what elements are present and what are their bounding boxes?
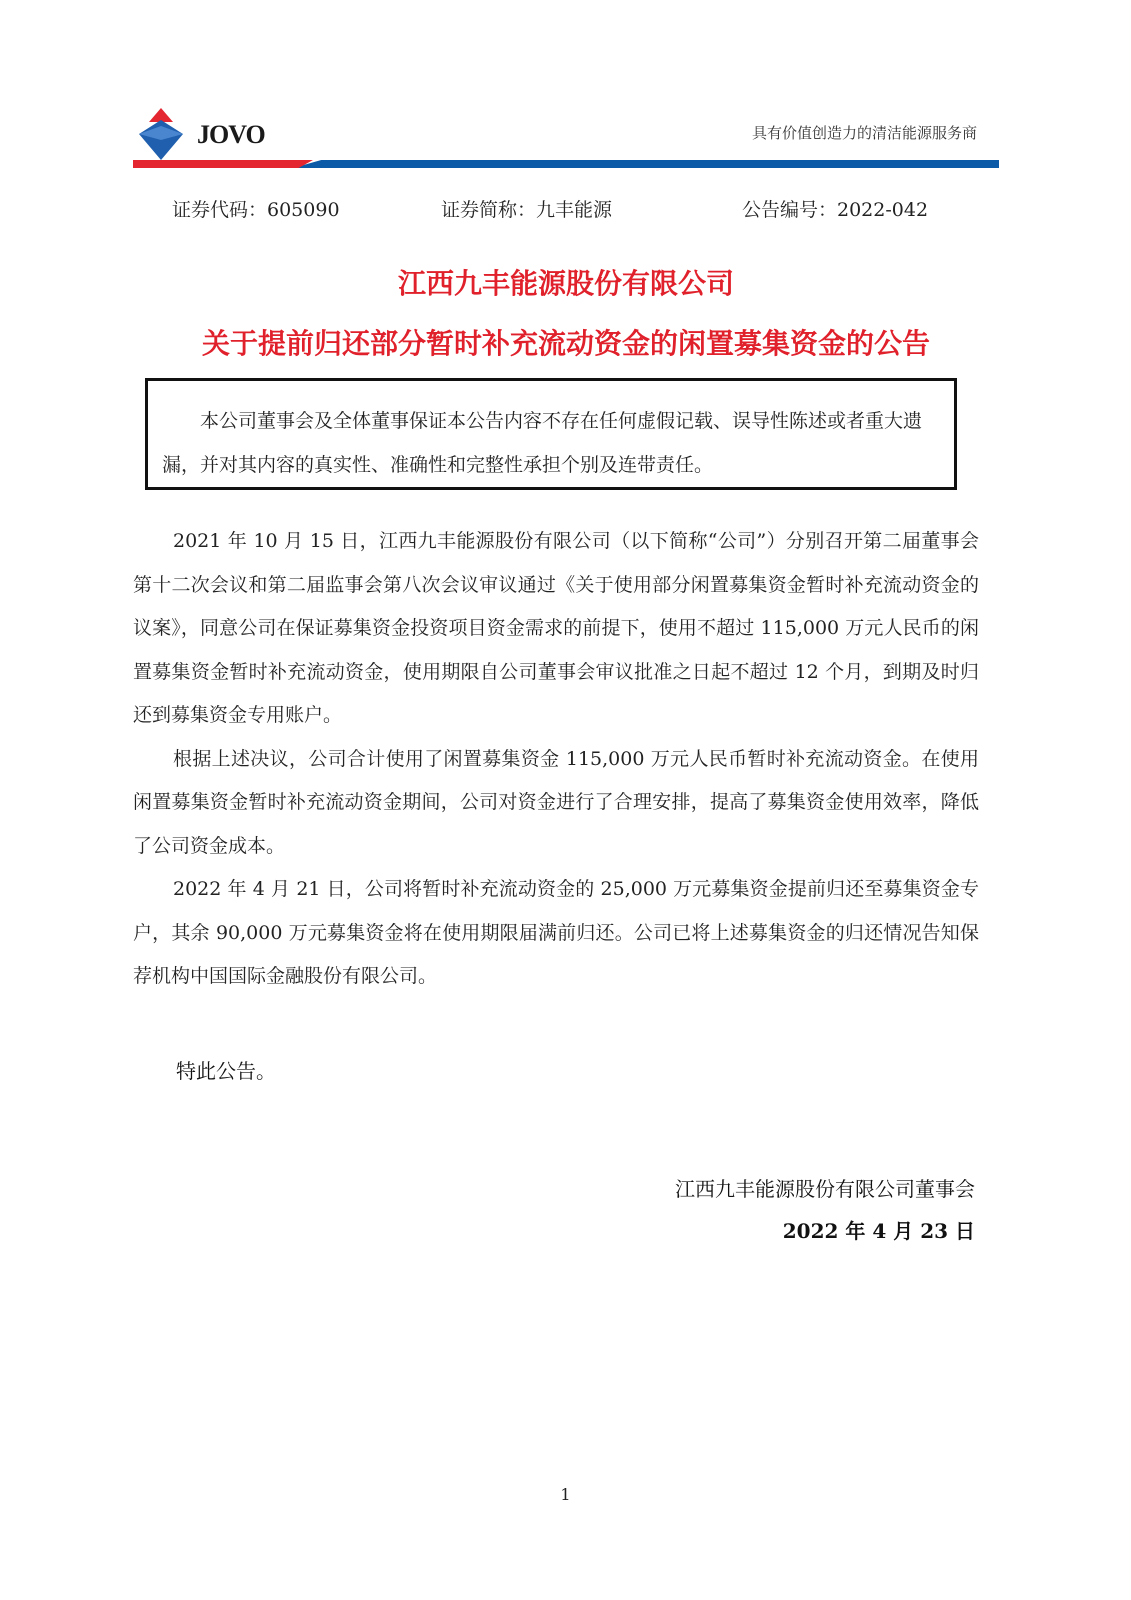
body-paragraph: 2021 年 10 月 15 日，江西九丰能源股份有限公司（以下简称“公司”）分… xyxy=(133,520,979,738)
stock-abbreviation: 证券简称：九丰能源 xyxy=(441,195,612,222)
logo-text: JOVO xyxy=(197,120,265,150)
header-bar-red xyxy=(133,160,313,168)
announcement-title: 关于提前归还部分暂时补充流动资金的闲置募集资金的公告 xyxy=(133,322,999,362)
company-name-title: 江西九丰能源股份有限公司 xyxy=(133,262,999,302)
announcement-number: 公告编号：2022-042 xyxy=(742,195,928,222)
announcement-meta: 证券代码：605090 证券简称：九丰能源 公告编号：2022-042 xyxy=(172,195,952,221)
closing-statement: 特此公告。 xyxy=(176,1055,276,1084)
letterhead: JOVO 具有价值创造力的清洁能源服务商 xyxy=(133,100,999,168)
company-slogan: 具有价值创造力的清洁能源服务商 xyxy=(752,122,977,143)
body-paragraph: 2022 年 4 月 21 日，公司将暂时补充流动资金的 25,000 万元募集… xyxy=(133,868,979,999)
board-guarantee-notice: 本公司董事会及全体董事保证本公告内容不存在任何虚假记载、误导性陈述或者重大遗漏，… xyxy=(145,378,957,490)
page-number: 1 xyxy=(0,1485,1131,1504)
stock-code: 证券代码：605090 xyxy=(172,195,340,222)
signature-organization: 江西九丰能源股份有限公司董事会 xyxy=(675,1168,975,1210)
body-paragraph: 根据上述决议，公司合计使用了闲置募集资金 115,000 万元人民币暂时补充流动… xyxy=(133,738,979,869)
announcement-body: 2021 年 10 月 15 日，江西九丰能源股份有限公司（以下简称“公司”）分… xyxy=(133,520,979,999)
signature-date: 2022 年 4 月 23 日 xyxy=(675,1210,975,1252)
signature-block: 江西九丰能源股份有限公司董事会 2022 年 4 月 23 日 xyxy=(675,1168,975,1252)
header-bar-blue xyxy=(293,160,999,168)
header-divider-bar xyxy=(133,160,999,168)
jovo-logo-icon xyxy=(133,106,189,162)
